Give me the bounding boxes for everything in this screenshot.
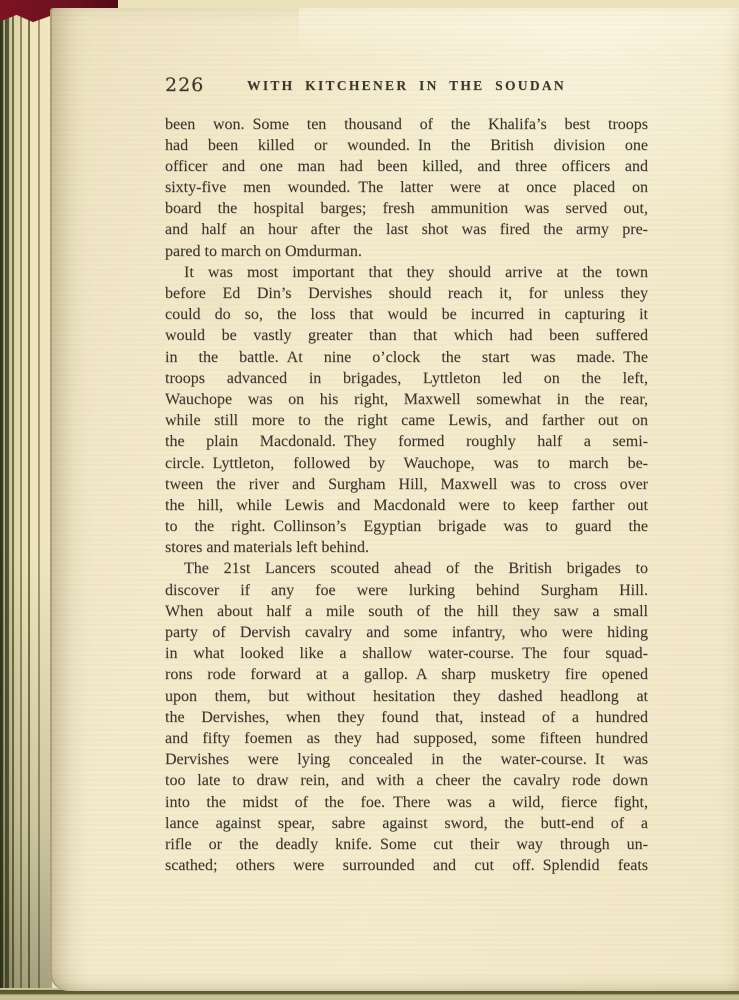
text-line: into the midst of the foe. There was a w… (165, 792, 648, 813)
text-line: could do so, the loss that would be incu… (165, 304, 648, 325)
text-line: officer and one man had been killed, and… (165, 156, 648, 177)
text-line: the plain Macdonald. They formed roughly… (165, 431, 648, 452)
text-line: before Ed Din’s Dervishes should reach i… (165, 283, 648, 304)
text-line: in what looked like a shallow water-cour… (165, 643, 648, 664)
text-line: discover if any foe were lurking behind … (165, 580, 648, 601)
text-line: rifle or the deadly knife. Some cut thei… (165, 834, 648, 855)
text-line: rons rode forward at a gallop. A sharp m… (165, 664, 648, 685)
text-line: the Dervishes, when they found that, ins… (165, 707, 648, 728)
text-line: and fifty foemen as they had supposed, s… (165, 728, 648, 749)
left-page-edges (0, 0, 52, 1000)
text-line: It was most important that they should a… (165, 262, 648, 283)
scan-light-band (299, 8, 739, 58)
text-line: Wauchope was on his right, Maxwell somew… (165, 389, 648, 410)
text-line: to the right. Collinson’s Egyptian briga… (165, 516, 648, 537)
text-block: been won. Some ten thousand of the Khali… (165, 114, 648, 877)
text-line: too late to draw rein, and with a cheer … (165, 770, 648, 791)
text-line: When about half a mile south of the hill… (165, 601, 648, 622)
text-line: circle. Lyttleton, followed by Wauchope,… (165, 453, 648, 474)
text-line: pared to march on Omdurman. (165, 241, 648, 262)
text-line: would be vastly greater than that which … (165, 325, 648, 346)
book-photo: 226 WITH KITCHENER IN THE SOUDAN been wo… (0, 0, 739, 1000)
text-line: tween the river and Surgham Hill, Maxwel… (165, 474, 648, 495)
text-line: and half an hour after the last shot was… (165, 219, 648, 240)
text-line: in the battle. At nine o’clock the start… (165, 347, 648, 368)
running-header: WITH KITCHENER IN THE SOUDAN (165, 78, 648, 94)
text-line: lance against spear, sabre against sword… (165, 813, 648, 834)
text-line: stores and materials left behind. (165, 537, 648, 558)
text-line: sixty-five men wounded. The latter were … (165, 177, 648, 198)
page-header: 226 WITH KITCHENER IN THE SOUDAN (165, 74, 648, 100)
text-line: Dervishes were lying concealed in the wa… (165, 749, 648, 770)
book-page: 226 WITH KITCHENER IN THE SOUDAN been wo… (50, 8, 739, 991)
text-line: The 21st Lancers scouted ahead of the Br… (165, 558, 648, 579)
text-line: scathed; others were surrounded and cut … (165, 855, 648, 876)
text-line: the hill, while Lewis and Macdonald were… (165, 495, 648, 516)
text-line: had been killed or wounded. In the Briti… (165, 135, 648, 156)
text-line: upon them, but without hesitation they d… (165, 686, 648, 707)
text-line: party of Dervish cavalry and some infant… (165, 622, 648, 643)
text-line: while still more to the right came Lewis… (165, 410, 648, 431)
text-line: board the hospital barges; fresh ammunit… (165, 198, 648, 219)
text-line: troops advanced in brigades, Lyttleton l… (165, 368, 648, 389)
text-line: been won. Some ten thousand of the Khali… (165, 114, 648, 135)
